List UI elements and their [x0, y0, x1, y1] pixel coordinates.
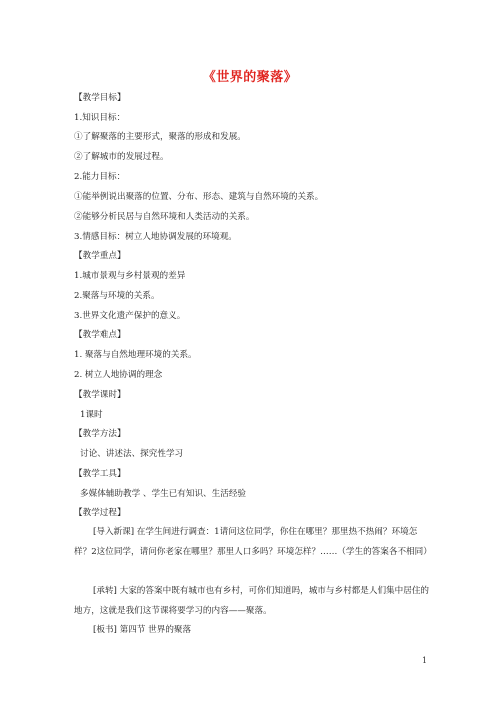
- transition-paragraph: [承转] 大家的答案中既有城市也有乡村，可你们知道吗，城市与乡村都是人们集中居住…: [74, 581, 434, 621]
- knowledge-objective-title: 1.知识目标：: [74, 113, 125, 124]
- section-heading-hours: 【教学课时】: [74, 390, 126, 401]
- intro-paragraph: [导入新课] 在学生间进行调查：1请问这位同学，你住在哪里？那里热不热闹？环境怎…: [74, 522, 434, 562]
- ability-objective-title: 2.能力目标：: [74, 172, 125, 183]
- ability-objective-item: ①能举例说出聚落的位置、分布、形态、建筑与自然环境的关系。: [74, 192, 323, 203]
- board-paragraph: [板书] 第四节 世界的聚落: [74, 620, 434, 640]
- section-heading-key-points: 【教学重点】: [74, 251, 126, 262]
- knowledge-objective-item: ①了解聚落的主要形式，聚落的形成和发展。: [74, 132, 246, 143]
- difficulty-item: 1. 聚落与自然地理环境的关系。: [74, 350, 197, 361]
- section-heading-methods: 【教学方法】: [74, 429, 126, 440]
- knowledge-objective-item: ②了解城市的发展过程。: [74, 152, 169, 163]
- document-title: 《世界的聚落》: [0, 66, 500, 85]
- page-number: 1: [422, 656, 427, 665]
- key-point-item: 2.聚落与环境的关系。: [74, 291, 160, 302]
- methods-value: 讨论、讲述法、探究性学习: [80, 449, 183, 460]
- document-page: 《世界的聚落》 【教学目标】 1.知识目标： ①了解聚落的主要形式，聚落的形成和…: [0, 0, 500, 707]
- key-point-item: 3.世界文化遗产保护的意义。: [74, 311, 185, 322]
- section-heading-difficulties: 【教学难点】: [74, 330, 126, 341]
- section-heading-tools: 【教学工具】: [74, 469, 126, 480]
- tools-value: 多媒体辅助教学 、学生已有知识、生活经验: [80, 489, 246, 500]
- hours-value: 1课时: [80, 410, 103, 421]
- emotion-objective: 3.情感目标：树立人地协调发展的环境观。: [74, 232, 237, 243]
- section-heading-objectives: 【教学目标】: [74, 93, 126, 104]
- difficulty-item: 2. 树立人地协调的理念: [74, 370, 162, 381]
- section-heading-process: 【教学过程】: [74, 508, 126, 519]
- key-point-item: 1.城市景观与乡村景观的差异: [74, 271, 185, 282]
- ability-objective-item: ②能够分析民居与自然环境和人类活动的关系。: [74, 212, 254, 223]
